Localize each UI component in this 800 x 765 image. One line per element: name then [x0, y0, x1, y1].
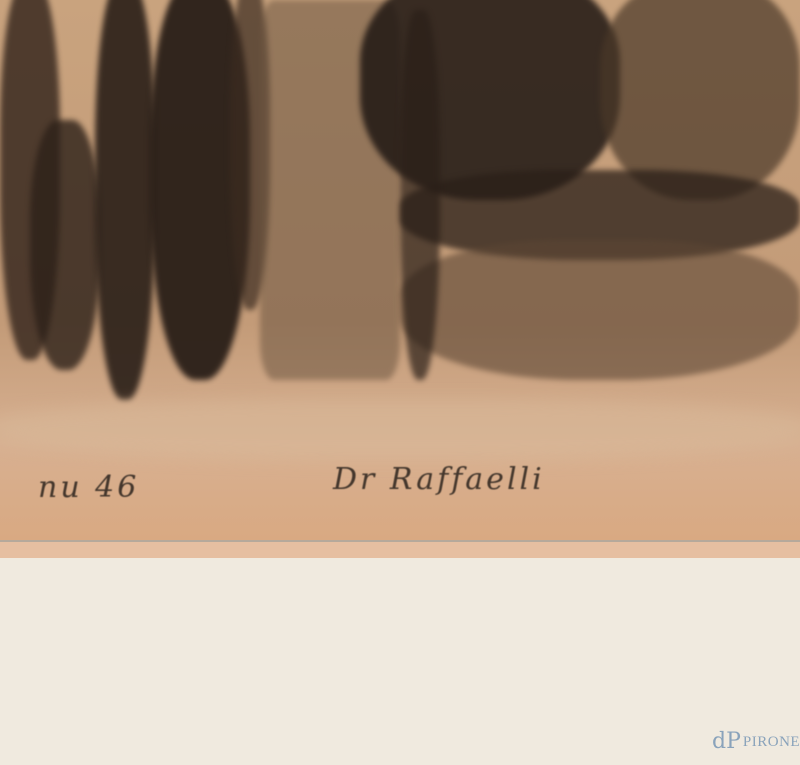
signature-name: Dr Raffaelli	[333, 462, 545, 497]
signature-number: nu 46	[38, 470, 139, 505]
watermark-text: PIRONE	[743, 734, 800, 751]
mat-bevel	[0, 542, 800, 558]
mat-board	[0, 558, 800, 765]
watermark: dP PIRONE	[712, 731, 800, 753]
signature: nu 46 Dr Raffaelli	[38, 462, 798, 522]
charcoal-drawing: nu 46 Dr Raffaelli	[0, 0, 800, 540]
pirone-logo-icon: dP	[712, 731, 741, 753]
